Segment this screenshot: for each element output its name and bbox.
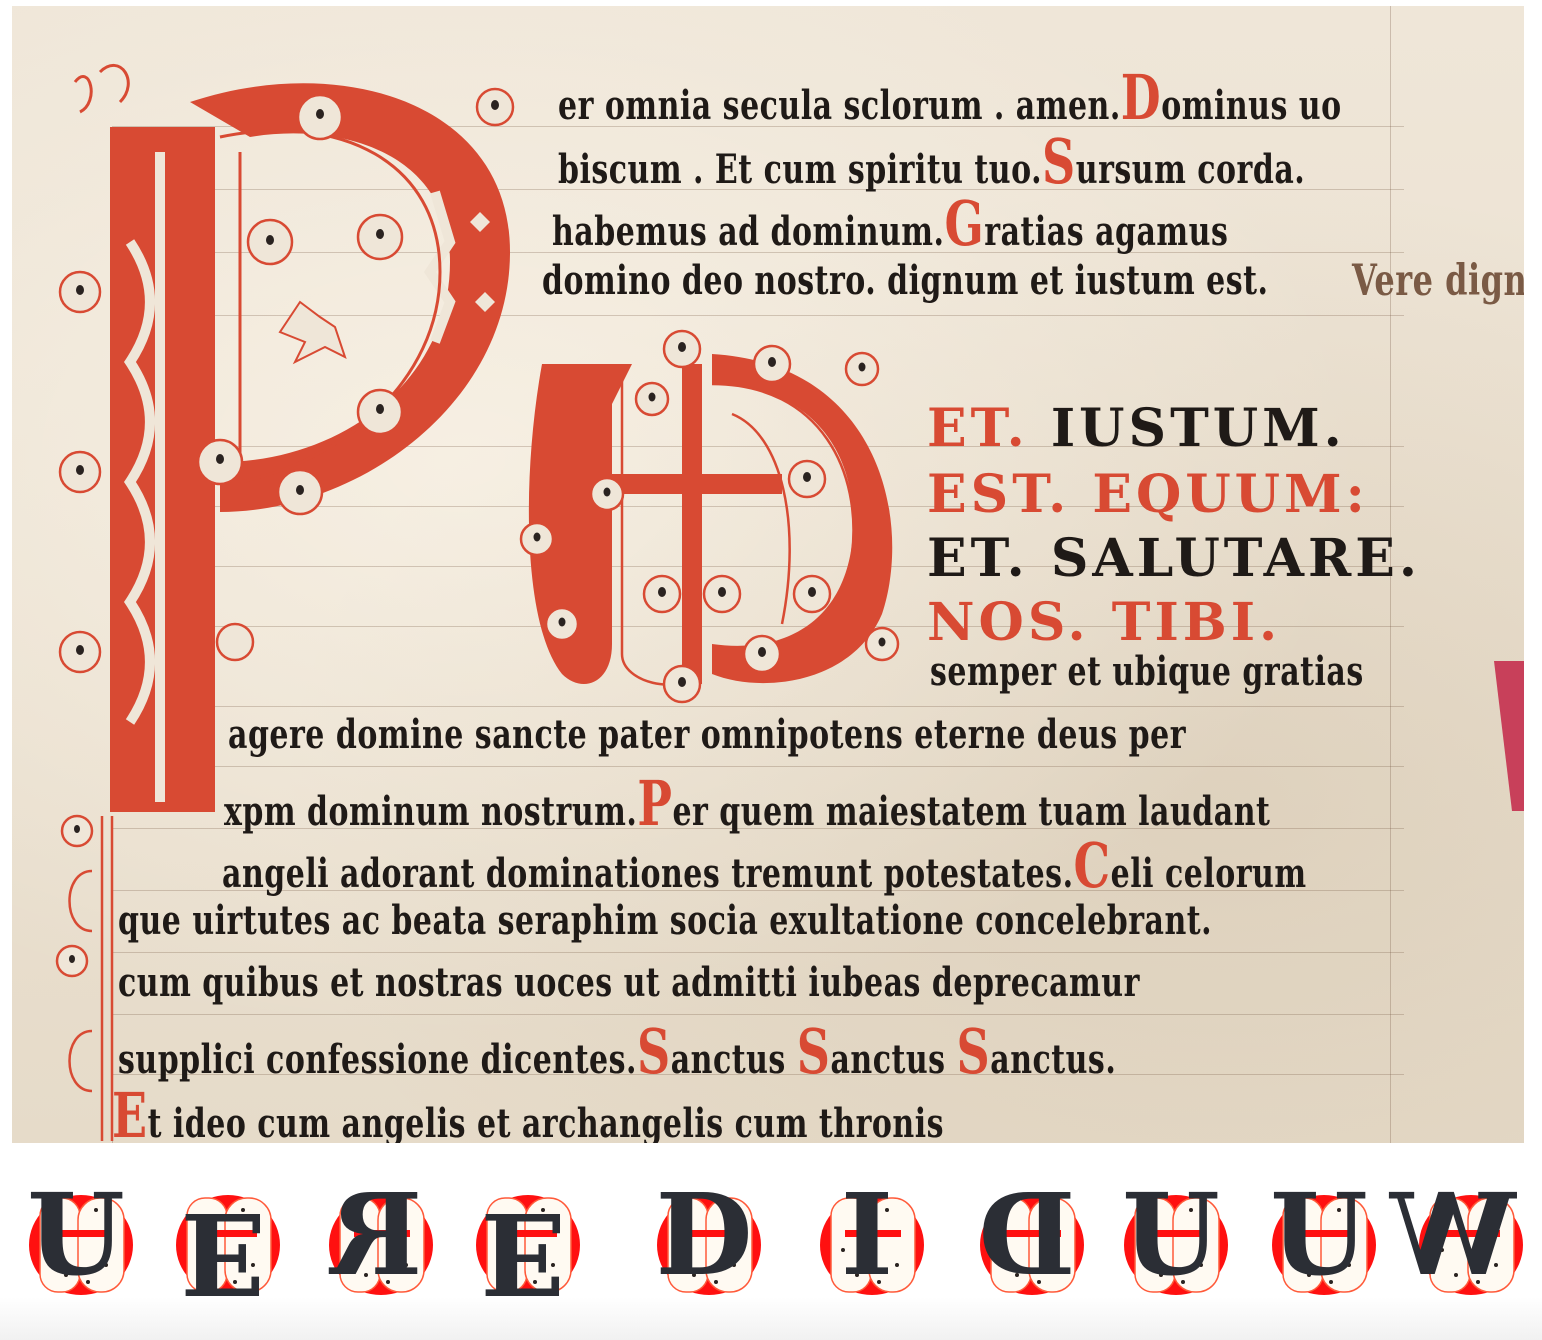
body-line-4: angeli adorant dominationes tremunt pote… [222, 829, 1307, 902]
caps-word: ET. [927, 398, 1029, 459]
body-line-6: cum quibus et nostras uoces ut admitti i… [118, 960, 1140, 1007]
tile-glyph: U [26, 1180, 126, 1292]
caps-line-4: NOS. TIBI. [927, 592, 1281, 653]
margin-note: Vere dign [1352, 255, 1524, 306]
caps-word: TIBI. [1112, 592, 1281, 653]
body-line-5: que uirtutes ac beata seraphim socia exu… [118, 898, 1212, 945]
tile-glyph: E [473, 1196, 573, 1308]
letter-tile: E [473, 1190, 573, 1298]
decorative-letter-band: U E R E D I [0, 1146, 1542, 1340]
letter-tile: U [1121, 1190, 1221, 1298]
tile-glyph: D [977, 1180, 1077, 1292]
bookmark-tab [1494, 661, 1524, 811]
text-span: cum quibus et nostras uoces ut admitti i… [118, 960, 1140, 1007]
letter-tile: U [1269, 1190, 1369, 1298]
text-span: er omnia secula sclorum . amen. [558, 83, 1121, 130]
text-span: habemus ad dominum. [552, 209, 945, 256]
text-span: anctus [671, 1037, 786, 1084]
caps-word: SALUTARE. [1051, 528, 1421, 589]
letter-tile: D [977, 1190, 1077, 1298]
body-line-8: Et ideo cum angelis et archangelis cum t… [112, 1079, 944, 1143]
letter-tile: E [173, 1190, 273, 1298]
rubric-initial: S [637, 1015, 671, 1088]
manuscript-page: er omnia secula sclorum . amen.Dominus u… [12, 6, 1524, 1143]
rubric-initial: G [945, 187, 985, 260]
letter-tile: W [1416, 1190, 1516, 1298]
caps-word: IUSTUM. [1051, 398, 1346, 459]
caps-word: NOS. [927, 592, 1090, 653]
rubric-initial: S [797, 1015, 831, 1088]
text-span: anctus. [990, 1037, 1116, 1084]
tile-glyph: D [654, 1180, 754, 1292]
tile-glyph: I [817, 1180, 917, 1292]
letter-tile: R [326, 1190, 426, 1298]
letter-tile: U [26, 1190, 126, 1298]
rubric-initial: E [112, 1079, 148, 1143]
body-line-1: semper et ubique gratias [930, 649, 1364, 696]
body-line-2: agere domine sancte pater omnipotens ete… [228, 712, 1186, 759]
caps-line-2: EST. EQUUM: [927, 464, 1369, 525]
text-line-3: habemus ad dominum.Gratias agamus [552, 187, 1228, 260]
tile-glyph: E [173, 1196, 273, 1308]
text-span: que uirtutes ac beata seraphim socia exu… [118, 898, 1212, 945]
rubric-initial: S [957, 1015, 991, 1088]
tile-glyph: R [326, 1180, 426, 1292]
initial-p-icon [40, 42, 520, 812]
letter-tile: D [654, 1190, 754, 1298]
letter-tile: I [817, 1190, 917, 1298]
text-span: domino deo nostro. dignum et iustum est. [542, 258, 1268, 305]
margin-flourish-icon [32, 811, 122, 1141]
caps-line-1: ET. IUSTUM. [927, 398, 1346, 459]
text-span: agere domine sancte pater omnipotens ete… [228, 712, 1186, 759]
text-line-4: domino deo nostro. dignum et iustum est. [542, 258, 1268, 305]
text-span: ratias agamus [984, 209, 1228, 256]
text-line-1: er omnia secula sclorum . amen.Dominus u… [558, 61, 1342, 134]
text-span: ominus uo [1161, 83, 1341, 130]
text-span: eli celorum [1111, 851, 1307, 898]
caps-line-3: ET. SALUTARE. [927, 528, 1421, 589]
caps-word: EST. [927, 464, 1070, 525]
caps-word: EQUUM: [1092, 464, 1368, 525]
rubric-initial: C [1074, 829, 1111, 902]
text-span: t ideo cum angelis et archangelis cum th… [148, 1101, 944, 1143]
text-span: angeli adorant dominationes tremunt pote… [222, 851, 1074, 898]
rubric-initial: D [1121, 61, 1161, 134]
text-span: anctus [830, 1037, 945, 1084]
ruling-line [112, 952, 1404, 953]
initial-vd-cross-icon [482, 324, 912, 704]
tile-glyph: U [1269, 1180, 1369, 1292]
tile-glyph: U [1121, 1180, 1221, 1292]
body-line-7: supplici confessione dicentes.Sanctus Sa… [118, 1015, 1116, 1088]
text-span: supplici confessione dicentes. [118, 1037, 637, 1084]
tile-glyph: W [1416, 1180, 1516, 1292]
caps-word: ET. [927, 528, 1029, 589]
text-span: semper et ubique gratias [930, 649, 1364, 696]
